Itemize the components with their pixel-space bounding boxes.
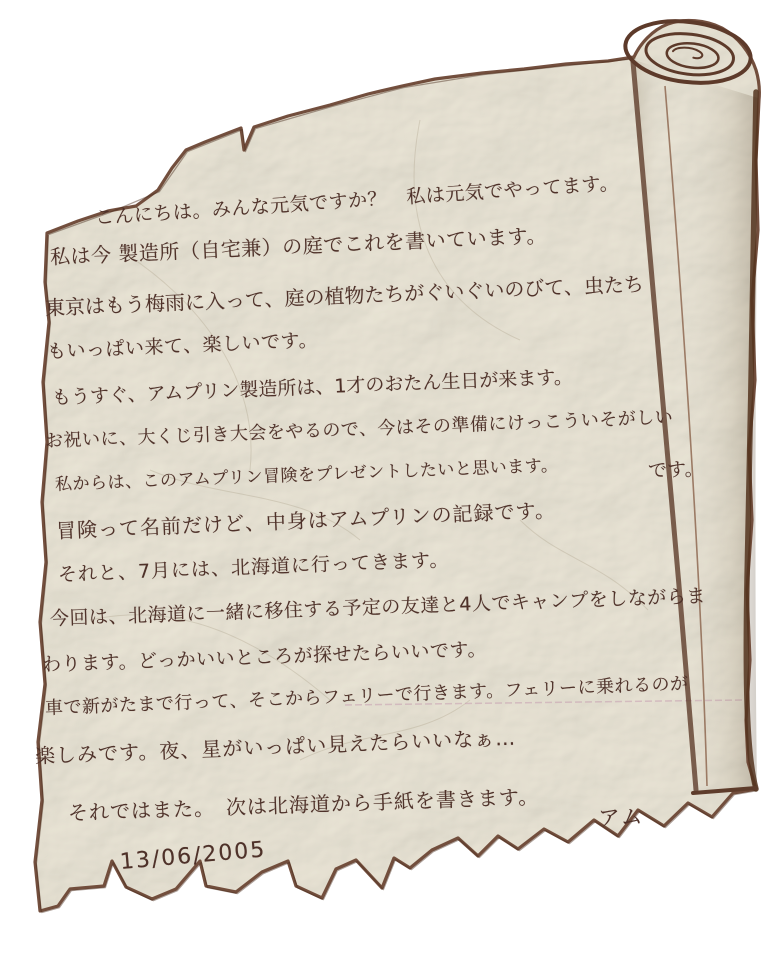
signature: アム bbox=[597, 800, 645, 833]
letter-line-6-wrap: です。 bbox=[648, 454, 704, 483]
scanned-letter: こんにちは。みんな元気ですか？ 私は元気でやってます。 私は今 製造所（自宅兼）… bbox=[0, 0, 780, 953]
